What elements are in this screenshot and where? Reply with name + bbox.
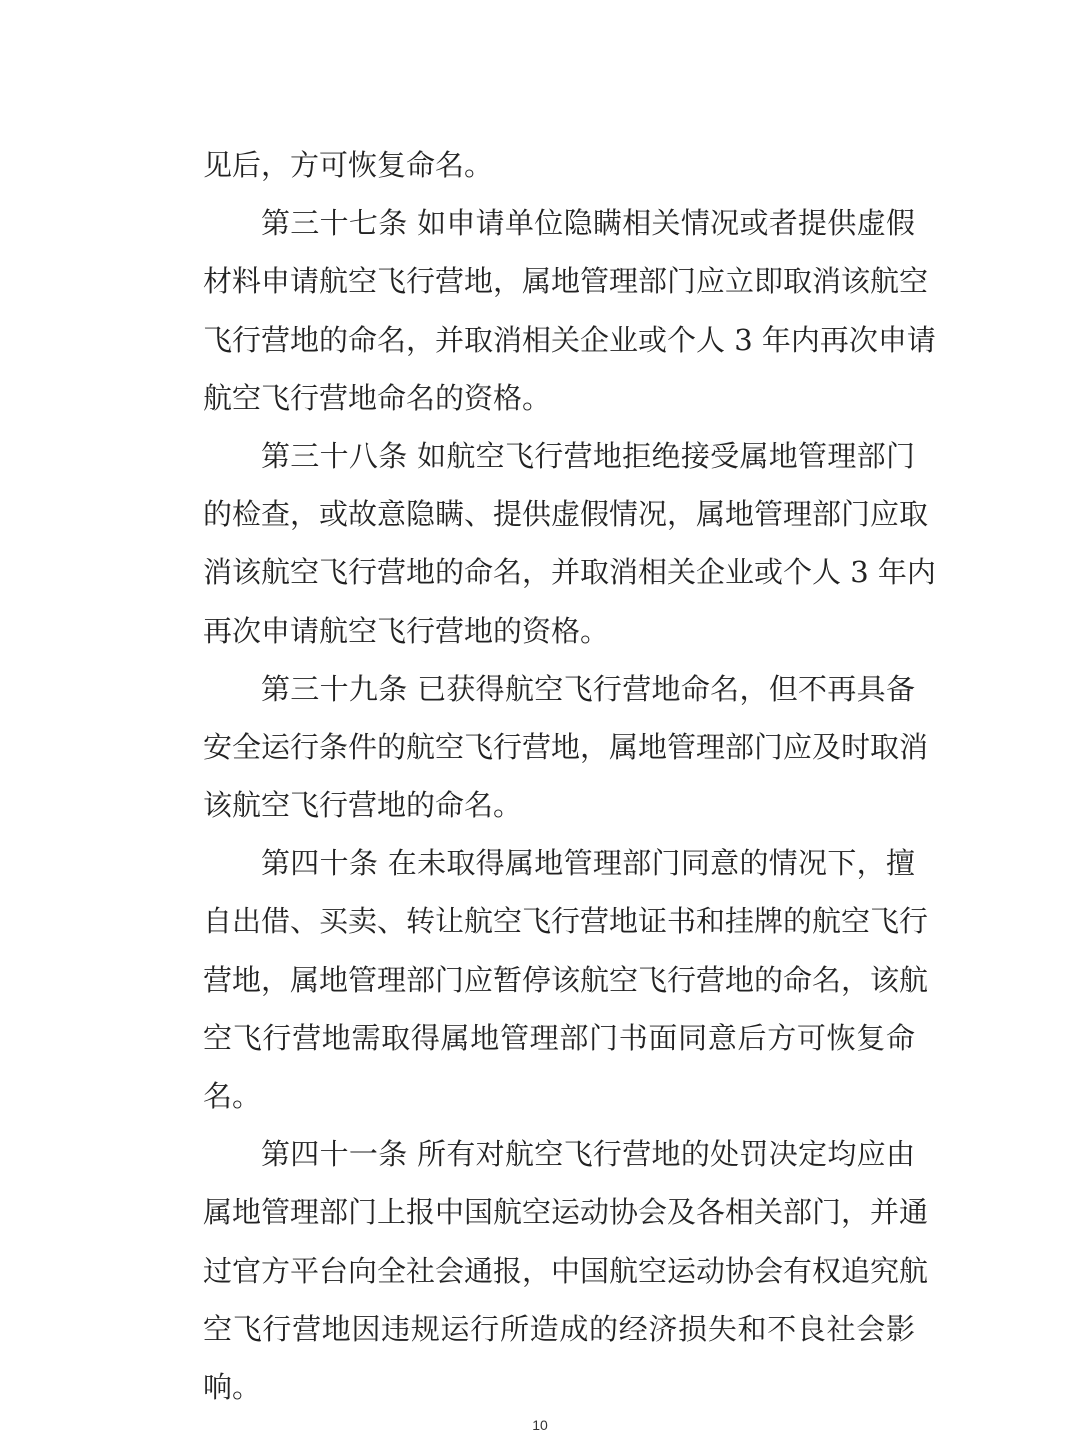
text-line: 过官方平台向全社会通报，中国航空运动协会有权追究航 <box>203 1242 915 1300</box>
article-38-heading-line: 第三十八条 如航空飞行营地拒绝接受属地管理部门 <box>203 427 915 485</box>
article-40-heading-line: 第四十条 在未取得属地管理部门同意的情况下，擅 <box>203 834 915 892</box>
article-37-heading-line: 第三十七条 如申请单位隐瞒相关情况或者提供虚假 <box>203 194 915 252</box>
text-line: 的检查，或故意隐瞒、提供虚假情况，属地管理部门应取 <box>203 485 915 543</box>
text-line: 空飞行营地因违规运行所造成的经济损失和不良社会影 <box>203 1300 915 1358</box>
page-number: 10 <box>0 1417 1080 1433</box>
text-line: 再次申请航空飞行营地的资格。 <box>203 602 915 660</box>
text-line: 自出借、买卖、转让航空飞行营地证书和挂牌的航空飞行 <box>203 892 915 950</box>
text-line: 消该航空飞行营地的命名，并取消相关企业或个人 3 年内 <box>203 543 915 601</box>
article-39-heading-line: 第三十九条 已获得航空飞行营地命名，但不再具备 <box>203 660 915 718</box>
text-line: 该航空飞行营地的命名。 <box>203 776 915 834</box>
text-line: 航空飞行营地命名的资格。 <box>203 369 915 427</box>
document-body: 见后，方可恢复命名。 第三十七条 如申请单位隐瞒相关情况或者提供虚假 材料申请航… <box>203 136 915 1416</box>
document-page: 见后，方可恢复命名。 第三十七条 如申请单位隐瞒相关情况或者提供虚假 材料申请航… <box>0 0 1080 1445</box>
text-line: 名。 <box>203 1067 915 1125</box>
text-line: 材料申请航空飞行营地，属地管理部门应立即取消该航空 <box>203 252 915 310</box>
text-line: 属地管理部门上报中国航空运动协会及各相关部门，并通 <box>203 1183 915 1241</box>
text-line: 飞行营地的命名，并取消相关企业或个人 3 年内再次申请 <box>203 311 915 369</box>
text-line: 营地，属地管理部门应暂停该航空飞行营地的命名，该航 <box>203 951 915 1009</box>
text-line: 空飞行营地需取得属地管理部门书面同意后方可恢复命 <box>203 1009 915 1067</box>
article-41-heading-line: 第四十一条 所有对航空飞行营地的处罚决定均应由 <box>203 1125 915 1183</box>
text-line: 见后，方可恢复命名。 <box>203 136 915 194</box>
text-line: 响。 <box>203 1358 915 1416</box>
text-line: 安全运行条件的航空飞行营地，属地管理部门应及时取消 <box>203 718 915 776</box>
